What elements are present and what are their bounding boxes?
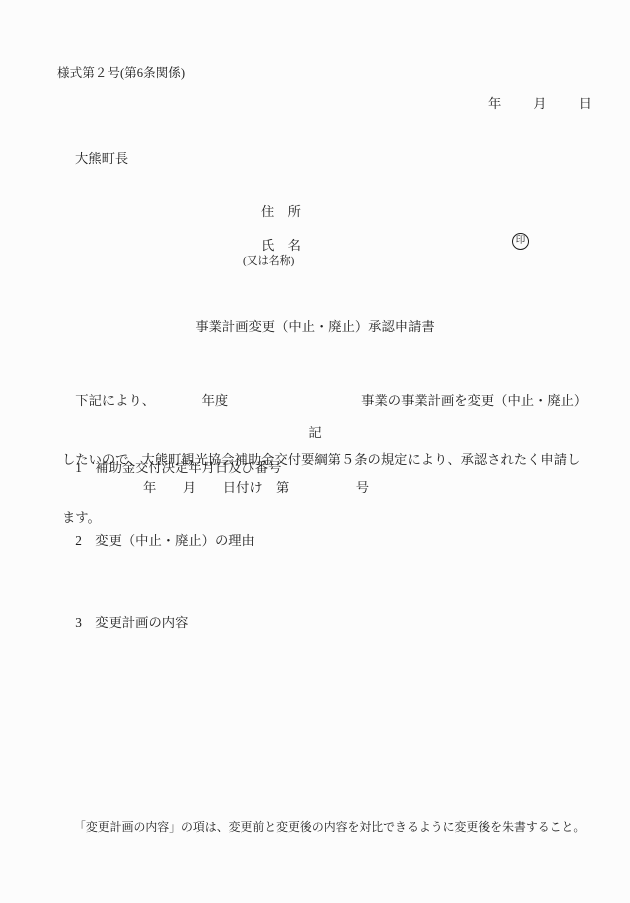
decision-date-line: 年 月 日付け 第 号: [143, 477, 369, 496]
seal-mark: 印: [512, 233, 529, 250]
addressee-mayor: 大熊町長: [75, 148, 128, 167]
item-1-label: 補助金交付決定年月日及び番号: [95, 460, 281, 475]
year-label: 年: [488, 93, 501, 112]
item-2-heading: 2変更（中止・廃止）の理由: [62, 514, 255, 565]
item-1-number: 1: [75, 460, 95, 476]
application-form-page: 様式第２号(第6条関係) 年 月 日 大熊町長 住 所 氏 名 印 (又は名称)…: [0, 0, 630, 903]
address-label: 住 所: [261, 201, 301, 220]
header-date-line: 年 月 日: [488, 93, 592, 112]
item-3-heading: 3変更計画の内容: [62, 596, 188, 647]
document-title: 事業計画変更（中止・廃止）承認申請書: [0, 316, 630, 335]
item-3-label: 変更計画の内容: [95, 615, 188, 630]
month-label: 月: [533, 93, 546, 112]
body-line-1: 下記により、 年度 事業の事業計画を変更（中止・廃止）: [62, 391, 607, 411]
name-alt-note: (又は名称): [243, 252, 294, 268]
item-2-number: 2: [75, 533, 95, 549]
form-number: 様式第２号(第6条関係): [57, 62, 185, 81]
item-3-number: 3: [75, 615, 95, 631]
footnote: 「変更計画の内容」の項は、変更前と変更後の内容を対比できるように変更後を朱書する…: [74, 818, 585, 835]
ki-heading: 記: [0, 422, 630, 441]
day-label: 日: [579, 93, 592, 112]
item-2-label: 変更（中止・廃止）の理由: [95, 533, 255, 548]
